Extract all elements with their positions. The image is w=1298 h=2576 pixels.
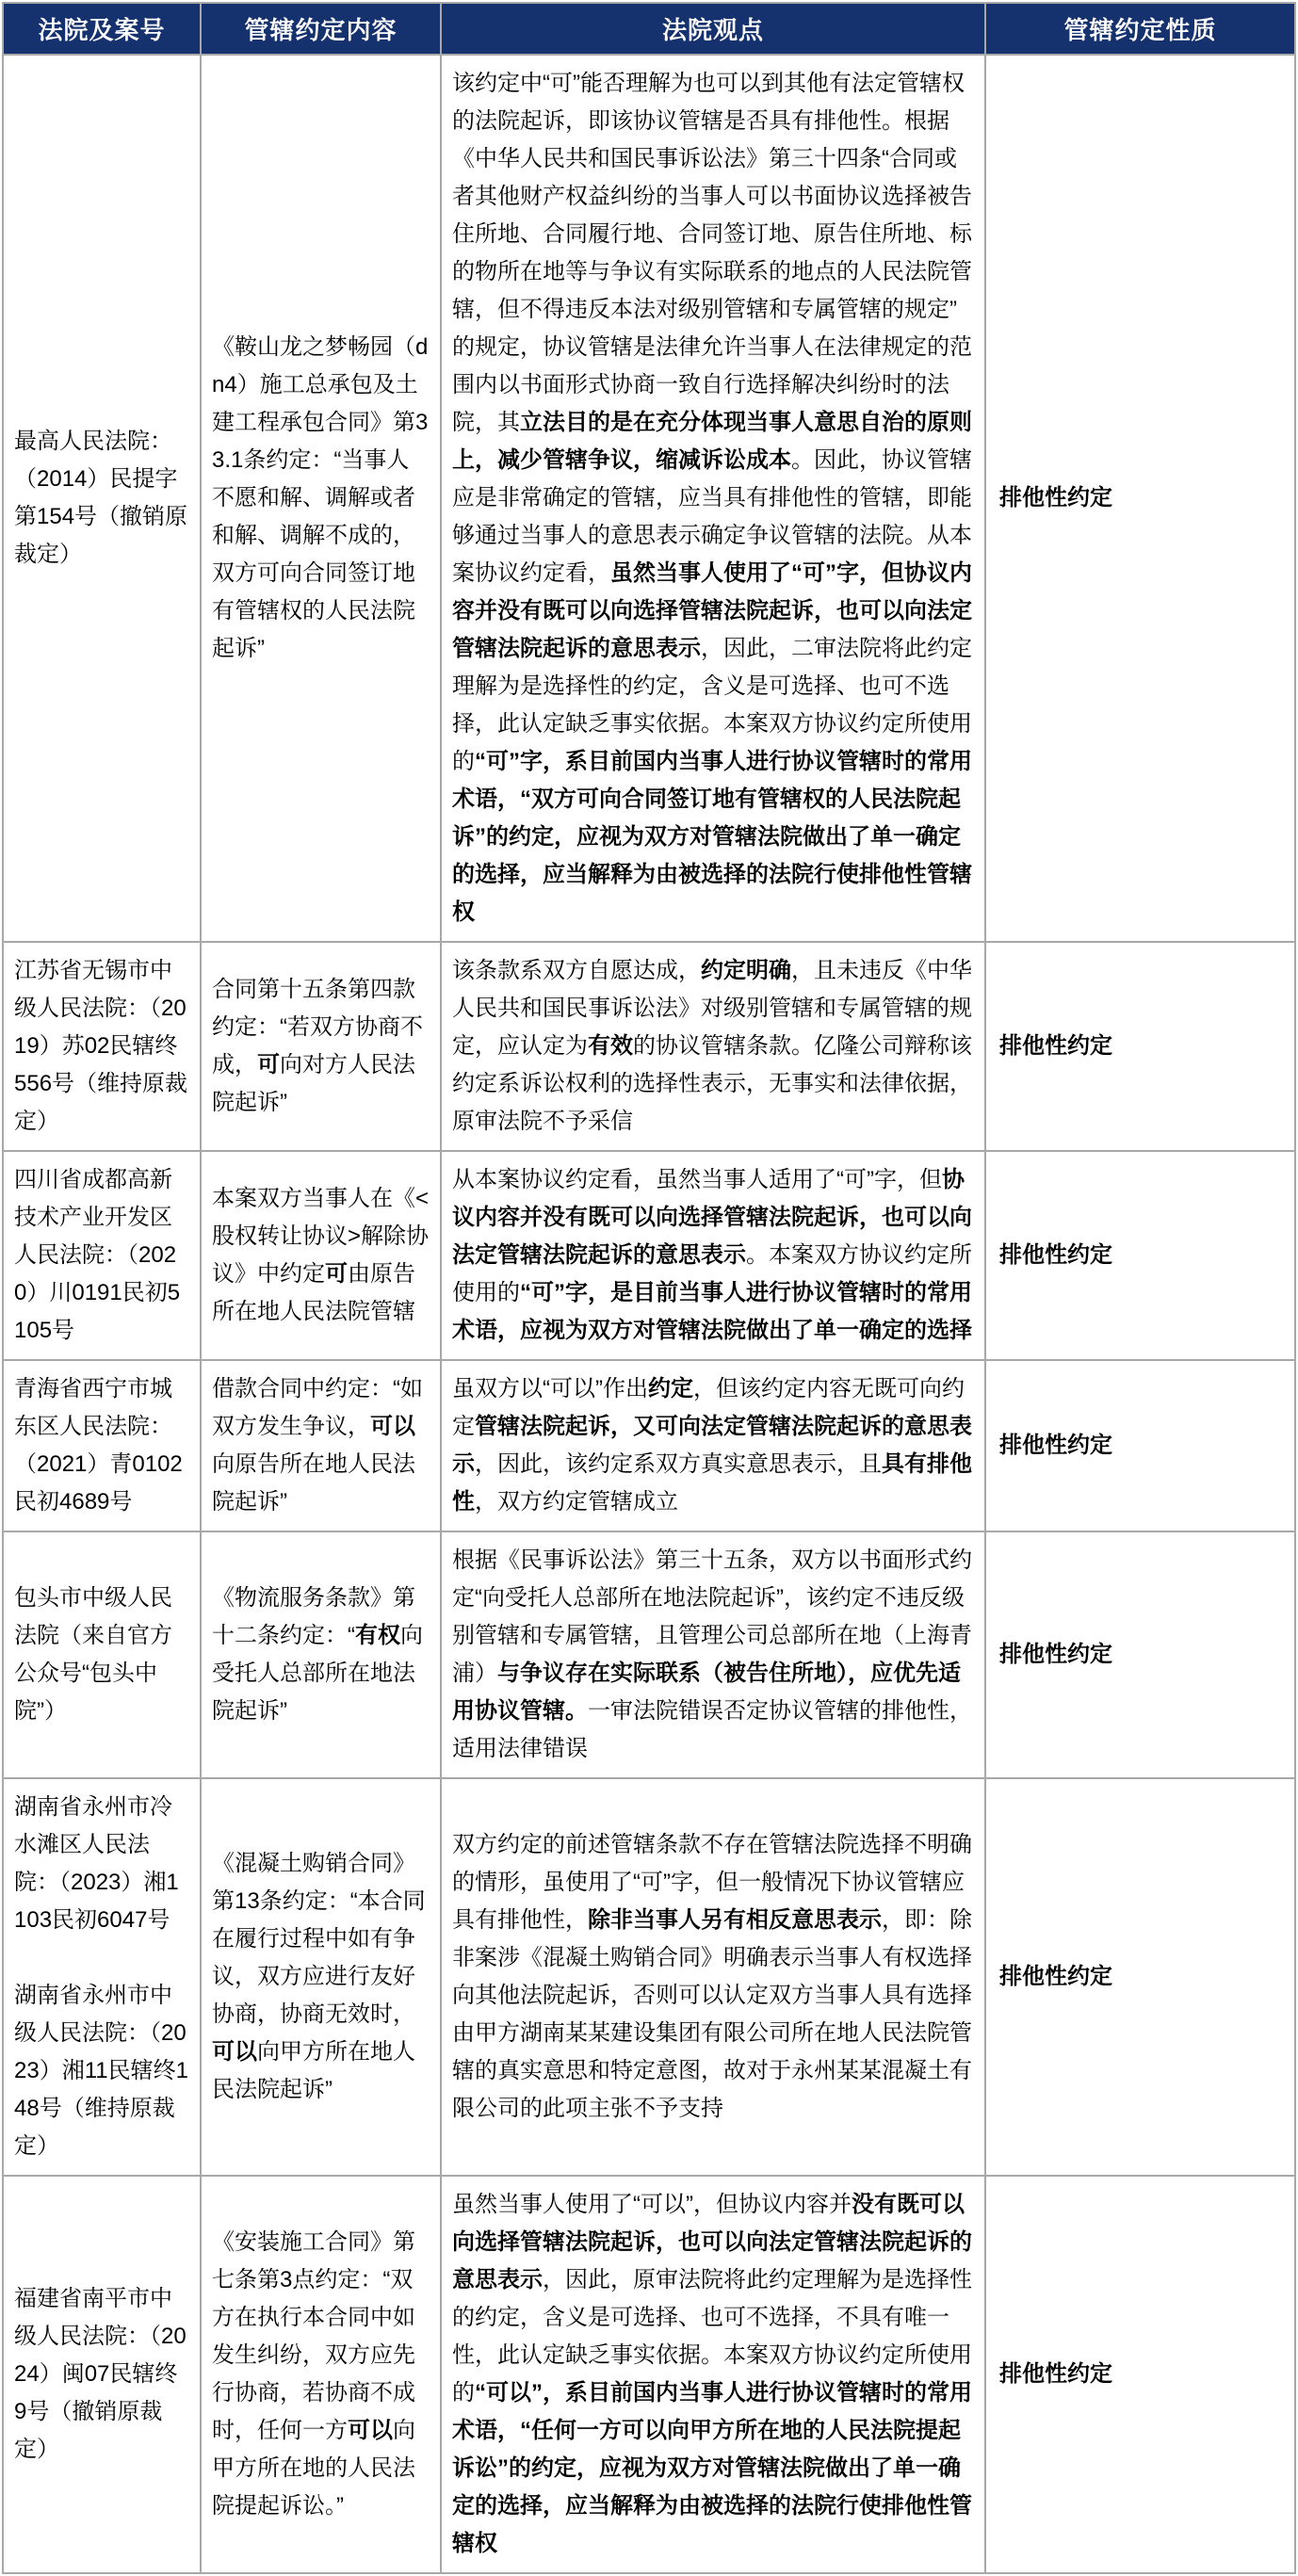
court-cell: 青海省西宁市城东区人民法院：（2021）青0102民初4689号 <box>3 1360 201 1531</box>
emphasized-text: 排他性约定 <box>999 485 1112 510</box>
court-cell: 福建省南平市中级人民法院：（2024）闽07民辖终9号（撤销原裁定） <box>3 2176 201 2573</box>
text-run: ，即：除非案涉《混凝土购销合同》明确表示当事人有权选择向其他法院起诉，否则可以认… <box>452 1907 972 2121</box>
text-run: 该条款系双方自愿达成， <box>452 958 701 983</box>
emphasized-text: 可以 <box>370 1414 415 1439</box>
table-row: 福建省南平市中级人民法院：（2024）闽07民辖终9号（撤销原裁定） 《安装施工… <box>3 2176 1295 2573</box>
table-row: 最高人民法院：（2014）民提字第154号（撤销原裁定） 《鞍山龙之梦畅园（dn… <box>3 55 1295 942</box>
emphasized-text: 除非当事人另有相反意思表示 <box>588 1907 882 1933</box>
clause-cell: 本案双方当事人在《<股权转让协议>解除协议》中约定可由原告所在地人民法院管辖 <box>201 1151 441 1360</box>
emphasized-text: 排他性约定 <box>999 2361 1112 2387</box>
text-run: ，双方约定管辖成立 <box>475 1489 678 1515</box>
text-run: 青海省西宁市城东区人民法院：（2021）青0102民初4689号 <box>14 1376 183 1515</box>
opinion-cell: 从本案协议约定看，虽然当事人适用了“可”字，但协议内容并没有既可以向选择管辖法院… <box>441 1151 985 1360</box>
table-row: 青海省西宁市城东区人民法院：（2021）青0102民初4689号 借款合同中约定… <box>3 1360 1295 1531</box>
nature-cell: 排他性约定 <box>985 942 1295 1151</box>
court-cell: 江苏省无锡市中级人民法院：（2019）苏02民辖终556号（维持原裁定） <box>3 942 201 1151</box>
text-run: 虽然当事人使用了“可以”，但协议内容并 <box>452 2192 852 2217</box>
emphasized-text: “可以”，系目前国内当事人进行协议管辖时的常用术语，“任何一方可以向甲方所在地的… <box>452 2380 972 2556</box>
column-header-nature: 管辖约定性质 <box>985 3 1295 55</box>
text-run: 湖南省永州市冷水滩区人民法院：（2023）湘1103民初6047号 湖南省永州市… <box>14 1794 188 2159</box>
text-run: 《混凝土购销合同》第13条约定：“本合同在履行过程中如有争议，双方应进行友好协商… <box>212 1851 426 2027</box>
column-header-opinion: 法院观点 <box>441 3 985 55</box>
nature-cell: 排他性约定 <box>985 1360 1295 1531</box>
clause-cell: 借款合同中约定：“如双方发生争议，可以向原告所在地人民法院起诉” <box>201 1360 441 1531</box>
table-row: 湖南省永州市冷水滩区人民法院：（2023）湘1103民初6047号 湖南省永州市… <box>3 1778 1295 2176</box>
opinion-cell: 该条款系双方自愿达成，约定明确，且未违反《中华人民共和国民事诉讼法》对级别管辖和… <box>441 942 985 1151</box>
emphasized-text: 排他性约定 <box>999 1433 1112 1458</box>
column-header-clause: 管辖约定内容 <box>201 3 441 55</box>
nature-cell: 排他性约定 <box>985 55 1295 942</box>
opinion-cell: 虽双方以“可以”作出约定，但该约定内容无既可向约定管辖法院起诉，又可向法定管辖法… <box>441 1360 985 1531</box>
text-run: 《安装施工合同》第七条第3点约定：“双方在执行本合同中如发生纠纷，双方应先行协商… <box>212 2229 415 2443</box>
emphasized-text: 可 <box>325 1261 348 1287</box>
text-run: 四川省成都高新技术产业开发区人民法院：（2020）川0191民初5105号 <box>14 1167 180 1343</box>
clause-cell: 《物流服务条款》第十二条约定：“有权向受托人总部所在地法院起诉” <box>201 1531 441 1778</box>
emphasized-text: 有效 <box>588 1033 633 1059</box>
clause-cell: 合同第十五条第四款约定：“若双方协商不成，可向对方人民法院起诉” <box>201 942 441 1151</box>
emphasized-text: “可”字，系目前国内当事人进行协议管辖时的常用术语，“双方可向合同签订地有管辖权… <box>452 749 972 925</box>
emphasized-text: 排他性约定 <box>999 1964 1112 1989</box>
nature-cell: 排他性约定 <box>985 1531 1295 1778</box>
court-cell: 最高人民法院：（2014）民提字第154号（撤销原裁定） <box>3 55 201 942</box>
opinion-cell: 该约定中“可”能否理解为也可以到其他有法定管辖权的法院起诉，即该协议管辖是否具有… <box>441 55 985 942</box>
text-run: 最高人民法院：（2014）民提字第154号（撤销原裁定） <box>14 429 187 567</box>
page: 法院及案号 管辖约定内容 法院观点 管辖约定性质 最高人民法院：（2014）民提… <box>0 0 1298 2576</box>
text-run: 从本案协议约定看，虽然当事人适用了“可”字，但 <box>452 1167 942 1192</box>
nature-cell: 排他性约定 <box>985 1778 1295 2176</box>
emphasized-text: 排他性约定 <box>999 1642 1112 1667</box>
clause-cell: 《安装施工合同》第七条第3点约定：“双方在执行本合同中如发生纠纷，双方应先行协商… <box>201 2176 441 2573</box>
text-run: 包头市中级人民法院（来自官方公众号“包头中院”） <box>14 1585 172 1724</box>
emphasized-text: “可”字，是目前当事人进行协议管辖时的常用术语，应视为双方对管辖法院做出了单一确… <box>452 1280 972 1343</box>
header-row: 法院及案号 管辖约定内容 法院观点 管辖约定性质 <box>3 3 1295 55</box>
emphasized-text: 排他性约定 <box>999 1033 1112 1059</box>
clause-cell: 《混凝土购销合同》第13条约定：“本合同在履行过程中如有争议，双方应进行友好协商… <box>201 1778 441 2176</box>
emphasized-text: 可以 <box>212 2039 257 2065</box>
column-header-court: 法院及案号 <box>3 3 201 55</box>
emphasized-text: 约定 <box>648 1376 693 1401</box>
opinion-cell: 双方约定的前述管辖条款不存在管辖法院选择不明确的情形，虽使用了“可”字，但一般情… <box>441 1778 985 2176</box>
emphasized-text: 有权 <box>355 1623 400 1648</box>
text-run: 该约定中“可”能否理解为也可以到其他有法定管辖权的法院起诉，即该协议管辖是否具有… <box>452 71 972 435</box>
emphasized-text: 约定明确 <box>701 958 791 983</box>
nature-cell: 排他性约定 <box>985 1151 1295 1360</box>
emphasized-text: 排他性约定 <box>999 1242 1112 1268</box>
clause-cell: 《鞍山龙之梦畅园（dn4）施工总承包及土建工程承包合同》第33.1条约定：“当事… <box>201 55 441 942</box>
opinion-cell: 虽然当事人使用了“可以”，但协议内容并没有既可以向选择管辖法院起诉，也可以向法定… <box>441 2176 985 2573</box>
text-run: 《鞍山龙之梦畅园（dn4）施工总承包及土建工程承包合同》第33.1条约定：“当事… <box>212 334 428 661</box>
text-run: 向原告所在地人民法院起诉” <box>212 1451 415 1515</box>
text-run: 江苏省无锡市中级人民法院：（2019）苏02民辖终556号（维持原裁定） <box>14 958 187 1134</box>
table-row: 四川省成都高新技术产业开发区人民法院：（2020）川0191民初5105号 本案… <box>3 1151 1295 1360</box>
table-row: 江苏省无锡市中级人民法院：（2019）苏02民辖终556号（维持原裁定） 合同第… <box>3 942 1295 1151</box>
text-run: ，因此，该约定系双方真实意思表示，且 <box>475 1451 882 1477</box>
text-run: 虽双方以“可以”作出 <box>452 1376 648 1401</box>
nature-cell: 排他性约定 <box>985 2176 1295 2573</box>
emphasized-text: 可以 <box>348 2418 393 2443</box>
court-cell: 包头市中级人民法院（来自官方公众号“包头中院”） <box>3 1531 201 1778</box>
table-row: 包头市中级人民法院（来自官方公众号“包头中院”） 《物流服务条款》第十二条约定：… <box>3 1531 1295 1778</box>
text-run: 福建省南平市中级人民法院：（2024）闽07民辖终9号（撤销原裁定） <box>14 2286 187 2462</box>
emphasized-text: 可 <box>257 1052 280 1077</box>
court-cell: 四川省成都高新技术产业开发区人民法院：（2020）川0191民初5105号 <box>3 1151 201 1360</box>
jurisdiction-cases-table: 法院及案号 管辖约定内容 法院观点 管辖约定性质 最高人民法院：（2014）民提… <box>2 2 1296 2574</box>
court-cell: 湖南省永州市冷水滩区人民法院：（2023）湘1103民初6047号 湖南省永州市… <box>3 1778 201 2176</box>
opinion-cell: 根据《民事诉讼法》第三十五条，双方以书面形式约定“向受托人总部所在地法院起诉”，… <box>441 1531 985 1778</box>
